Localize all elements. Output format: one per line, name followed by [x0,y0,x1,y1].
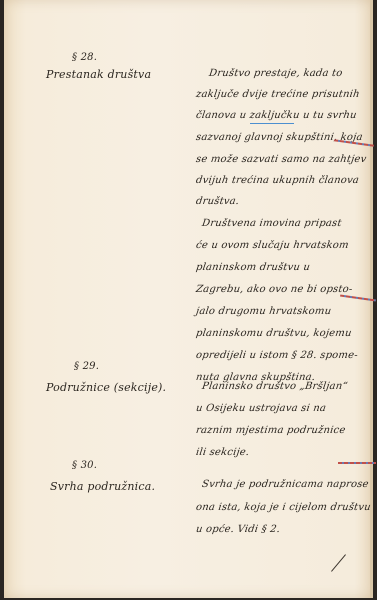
text-line: planinskom društvu u [195,262,311,273]
text-line: zaključe dvije trećine prisutnih [195,89,360,100]
section-number-29: § 29. [74,361,99,372]
text-line: članova u zaključku u tu svrhu [195,110,357,121]
text-line: u Osijeku ustrojava si na [195,403,327,414]
text-line: Društvena imovina pripast [201,218,342,229]
text-line: će u ovom slučaju hrvatskom [195,240,349,251]
text-line: Društvo prestaje, kada to [208,68,343,79]
section-heading-28: Prestanak društva [46,68,151,81]
section-heading-29: Podružnice (sekcije). [46,381,166,394]
section-heading-30: Svrha podružnica. [50,480,155,493]
text-line: društva. [195,196,240,207]
text-line: raznim mjestima podružnice [195,425,346,436]
text-line: ona ista, koja je i cijelom društvu [195,502,371,513]
text-line: Svrha je podružnicama naprose [201,479,369,490]
text-line: se može sazvati samo na zahtjev [195,154,367,165]
text-line: dvijuh trećina ukupnih članova [195,175,359,186]
manuscript-page: § 28. Prestanak društva Društvo prestaje… [4,0,373,598]
text-line: Planinsko društvo „Bršljan“ [201,381,348,392]
blue-underline [250,123,294,124]
red-pencil-mark [338,462,376,464]
section-number-28: § 28. [72,52,97,63]
text-line: opredijeli u istom § 28. spome- [195,350,358,361]
text-line: jalo drugomu hrvatskomu [195,306,332,317]
text-line: planinskomu društvu, kojemu [195,328,352,339]
pen-stroke-mark [331,554,346,571]
text-line: u opće. Vidi § 2. [195,524,281,535]
text-line: Zagrebu, ako ovo ne bi opsto- [195,284,353,295]
text-line: ili sekcije. [195,447,250,458]
section-number-30: § 30. [72,460,97,471]
